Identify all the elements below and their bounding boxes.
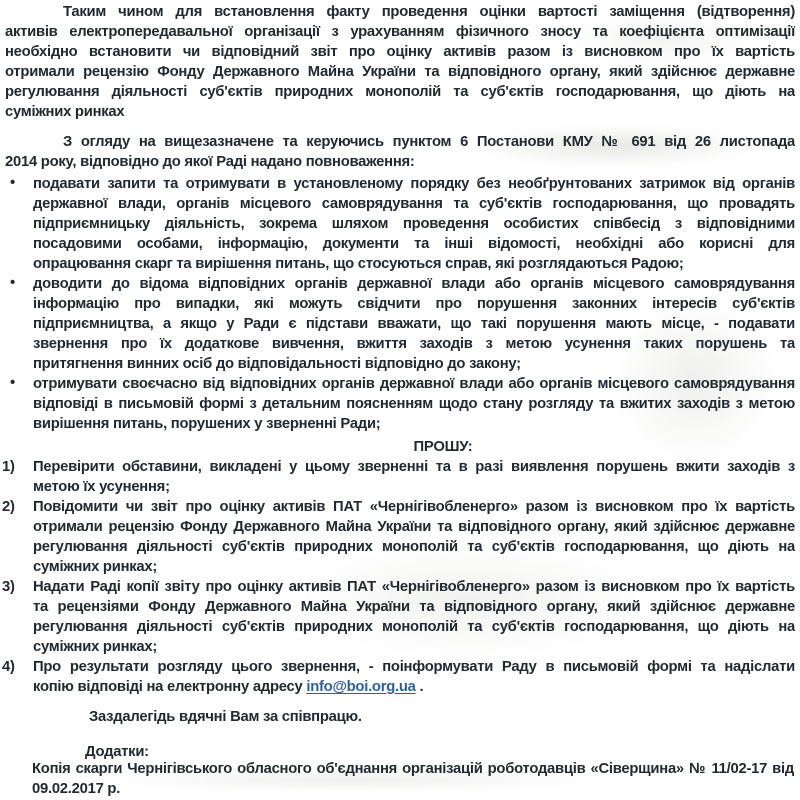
text-line: 2014 року, відповідно до якої Раді надан… xyxy=(5,152,795,172)
text-line: отримувати своєчасно від відповідних орг… xyxy=(33,374,795,394)
request-heading: ПРОШУ: xyxy=(86,437,800,457)
email-link[interactable]: info@boi.org.ua xyxy=(306,679,415,695)
text-line: доводити до відома відповідних органів д… xyxy=(33,274,795,294)
text-line: вирішення питань, порушених у зверненні … xyxy=(33,414,795,434)
text-line: притягнення винних осіб до відповідально… xyxy=(33,354,795,374)
text-line: отримали рецензію Фонду Державного Майна… xyxy=(5,62,795,82)
text-line: відповіді в письмовій формі з детальним … xyxy=(33,394,795,414)
closing-line: Заздалегідь вдячні Вам за співпрацю. xyxy=(89,707,362,727)
text-line: опрацювання скарг та вирішення питань, щ… xyxy=(33,254,795,274)
numbered-item-2: 2) Повідомити чи звіт про оцінку активів… xyxy=(33,497,795,577)
text-line: підприємницьку діяльність, зокрема шляхо… xyxy=(33,214,795,234)
numbered-item-4: 4) Про результати розгляду цього звернен… xyxy=(33,657,795,697)
text-line: подавати запити та отримувати в установл… xyxy=(33,174,795,194)
item-text-tail: копію відповіді на електронну адресу inf… xyxy=(33,677,795,697)
text-line: отримали рецензію Фонду Державного Майна… xyxy=(33,517,795,537)
text-line: необхідно встановити чи відповідний звіт… xyxy=(5,42,795,62)
text-line: регулювання діяльності суб'єктів природн… xyxy=(5,82,795,102)
paragraph-legal-basis: З огляду на вищезазначене та керуючись п… xyxy=(5,132,795,172)
text-line: 09.02.2017 р. xyxy=(32,779,794,799)
powers-bullet-list: • подавати запити та отримувати в устано… xyxy=(33,174,795,434)
text-line: Про результати розгляду цього звернення,… xyxy=(33,657,795,677)
bullet-icon: • xyxy=(10,373,15,393)
item-text: Повідомити чи звіт про оцінку активів ПА… xyxy=(33,497,795,577)
bullet-icon: • xyxy=(10,173,15,193)
text-line: підприємництва, а якщо у Ради є підстави… xyxy=(33,314,795,334)
text-line: державної влади, органів місцевого самов… xyxy=(33,194,795,214)
bullet-text: подавати запити та отримувати в установл… xyxy=(33,174,795,274)
paragraph-intro: Таким чином для встановлення факту прове… xyxy=(5,2,795,122)
text-line: суміжних ринках; xyxy=(33,557,795,577)
bullet-item-1: • подавати запити та отримувати в устано… xyxy=(33,174,795,274)
text-line: суміжних ринках xyxy=(5,102,795,122)
item-number: 4) xyxy=(2,657,32,677)
item-text: Перевірити обставини, викладені у цьому … xyxy=(33,457,795,497)
text-line: суміжних ринках; xyxy=(33,637,795,657)
attachment-description: Копія скарги Чернігівського обласного об… xyxy=(32,759,794,799)
text-line: регулювання діяльності суб'єктів природн… xyxy=(33,537,795,557)
bullet-item-3: • отримувати своєчасно від відповідних о… xyxy=(33,374,795,434)
text-line: регулювання діяльності суб'єктів природн… xyxy=(33,617,795,637)
item-number: 1) xyxy=(2,457,32,477)
bullet-icon: • xyxy=(10,273,15,293)
text-line: Повідомити чи звіт про оцінку активів ПА… xyxy=(33,497,795,517)
bullet-text: доводити до відома відповідних органів д… xyxy=(33,274,795,374)
text-line: активів електропередавальної організації… xyxy=(5,22,795,42)
text-line: звернення про їх додаткове вивчення, вжи… xyxy=(33,334,795,354)
bullet-item-2: • доводити до відома відповідних органів… xyxy=(33,274,795,374)
text-line: Копія скарги Чернігівського обласного об… xyxy=(32,759,794,779)
text-line: Перевірити обставини, викладені у цьому … xyxy=(33,457,795,477)
text-line: та рецензіями Фонду Державного Майна Укр… xyxy=(33,597,795,617)
item-text: Про результати розгляду цього звернення,… xyxy=(33,657,795,677)
text-line: З огляду на вищезазначене та керуючись п… xyxy=(5,132,795,152)
numbered-item-3: 3) Надати Раді копії звіту про оцінку ак… xyxy=(33,577,795,657)
document-page: Таким чином для встановлення факту прове… xyxy=(0,0,800,800)
text-line: Таким чином для встановлення факту прове… xyxy=(5,2,795,22)
bullet-text: отримувати своєчасно від відповідних орг… xyxy=(33,374,795,434)
tail-before: копію відповіді на електронну адресу xyxy=(33,679,306,695)
text-line: Надати Раді копії звіту про оцінку актив… xyxy=(33,577,795,597)
text-line: метою їх усунення; xyxy=(33,477,795,497)
item-number: 2) xyxy=(2,497,32,517)
request-numbered-list: 1) Перевірити обставини, викладені у цьо… xyxy=(33,457,795,697)
text-line: посадовими особами, інформацію, документ… xyxy=(33,234,795,254)
item-text: Надати Раді копії звіту про оцінку актив… xyxy=(33,577,795,657)
text-line: інформацію про випадки, які можуть свідч… xyxy=(33,294,795,314)
item-number: 3) xyxy=(2,577,32,597)
tail-after: . xyxy=(416,679,424,695)
numbered-item-1: 1) Перевірити обставини, викладені у цьо… xyxy=(33,457,795,497)
